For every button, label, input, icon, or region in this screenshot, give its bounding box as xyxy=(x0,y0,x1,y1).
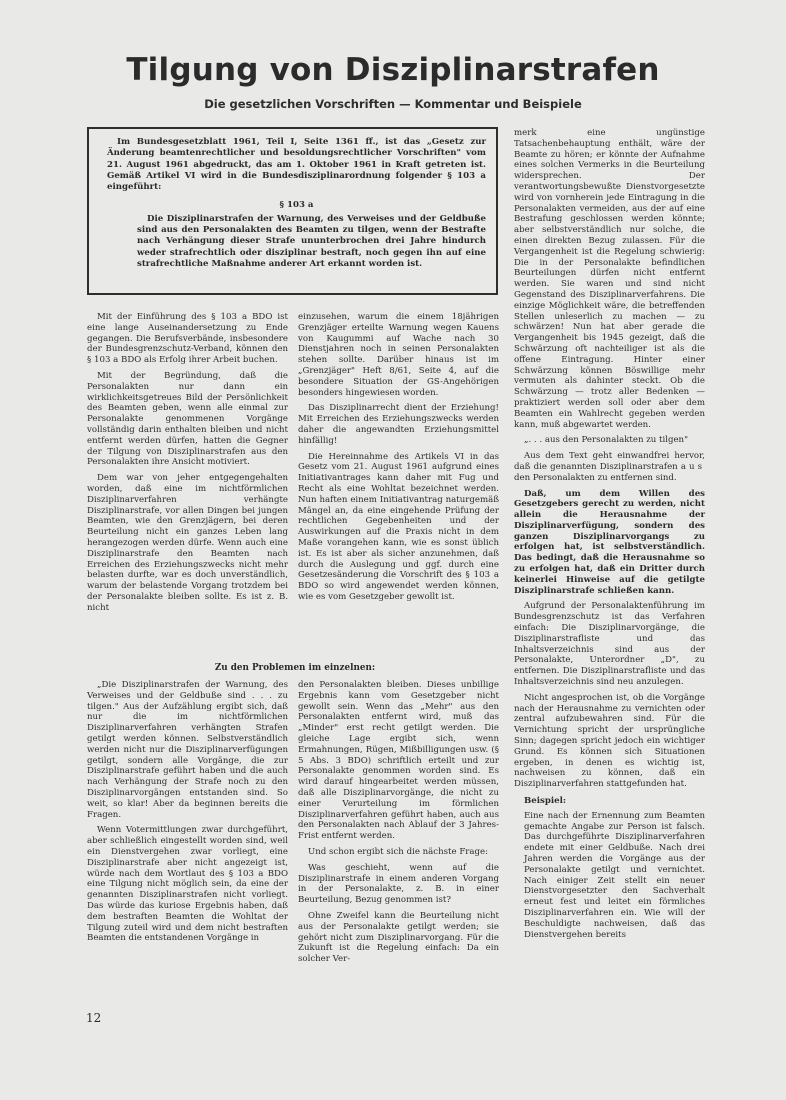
document-page: Tilgung von Disziplinarstrafen Die geset… xyxy=(0,0,786,1100)
paragraph: Nicht angesprochen ist, ob die Vorgänge … xyxy=(514,693,705,790)
paragraph: Die Hereinnahme des Artikels VI in das G… xyxy=(298,452,499,603)
paragraph: Mit der Begründung, daß die Personalakte… xyxy=(87,371,288,468)
paragraph: Was geschieht, wenn auf die Disziplinars… xyxy=(298,863,499,906)
paragraph: merk eine ungünstige Tatsachenbehauptung… xyxy=(514,128,705,430)
column-right: merk eine ungünstige Tatsachenbehauptung… xyxy=(514,128,705,945)
page-number: 12 xyxy=(86,1011,101,1025)
example-text: Eine nach der Ernennung zum Beamten gema… xyxy=(524,811,705,941)
paragraph: Aus dem Text geht einwandfrei hervor, da… xyxy=(514,451,705,483)
paragraph: Und schon ergibt sich die nächste Frage: xyxy=(298,847,499,858)
article-title: Tilgung von Disziplinarstrafen xyxy=(0,52,786,88)
column-upper-middle: einzusehen, warum die einem 18jährigen G… xyxy=(298,312,499,608)
column-lower-left: „Die Disziplinarstrafen der Warnung, des… xyxy=(87,680,288,949)
paragraph: Aufgrund der Personalaktenführung im Bun… xyxy=(514,601,705,687)
quote-heading: „. . . aus den Personalakten zu tilgen" xyxy=(514,435,705,446)
paragraph: einzusehen, warum die einem 18jährigen G… xyxy=(298,312,499,398)
text: Aus dem Text geht einwandfrei hervor, da… xyxy=(514,451,705,472)
section-heading: Zu den Problemen im einzelnen: xyxy=(85,663,505,673)
paragraph: Wenn Votermittlungen zwar durchgeführt, … xyxy=(87,825,288,944)
law-paragraph-heading: § 103 a xyxy=(107,200,486,211)
example-label: Beispiel: xyxy=(524,796,705,807)
paragraph: Ohne Zweifel kann die Beurteilung nicht … xyxy=(298,911,499,965)
text: den Personalakten zu entfernen sind. xyxy=(514,473,677,483)
paragraph: „Die Disziplinarstrafen der Warnung, des… xyxy=(87,680,288,820)
paragraph: Das Disziplinarrecht dient der Erziehung… xyxy=(298,403,499,446)
column-lower-middle: den Personalakten bleiben. Dieses unbill… xyxy=(298,680,499,970)
paragraph-bold: Daß, um dem Willen des Gesetzgebers gere… xyxy=(514,489,705,597)
paragraph: Dem war von jeher entgegengehalten worde… xyxy=(87,473,288,613)
paragraph: den Personalakten bleiben. Dieses unbill… xyxy=(298,680,499,842)
article-subtitle: Die gesetzlichen Vorschriften — Kommenta… xyxy=(0,97,786,111)
law-paragraph-text: Die Disziplinarstrafen der Warnung, des … xyxy=(137,214,486,270)
emphasis-spaced: aus xyxy=(681,462,705,472)
paragraph: Mit der Einführung des § 103 a BDO ist e… xyxy=(87,312,288,366)
law-intro: Im Bundesgesetzblatt 1961, Teil I, Seite… xyxy=(107,137,486,193)
law-excerpt-box: Im Bundesgesetzblatt 1961, Teil I, Seite… xyxy=(87,127,498,295)
column-upper-left: Mit der Einführung des § 103 a BDO ist e… xyxy=(87,312,288,619)
